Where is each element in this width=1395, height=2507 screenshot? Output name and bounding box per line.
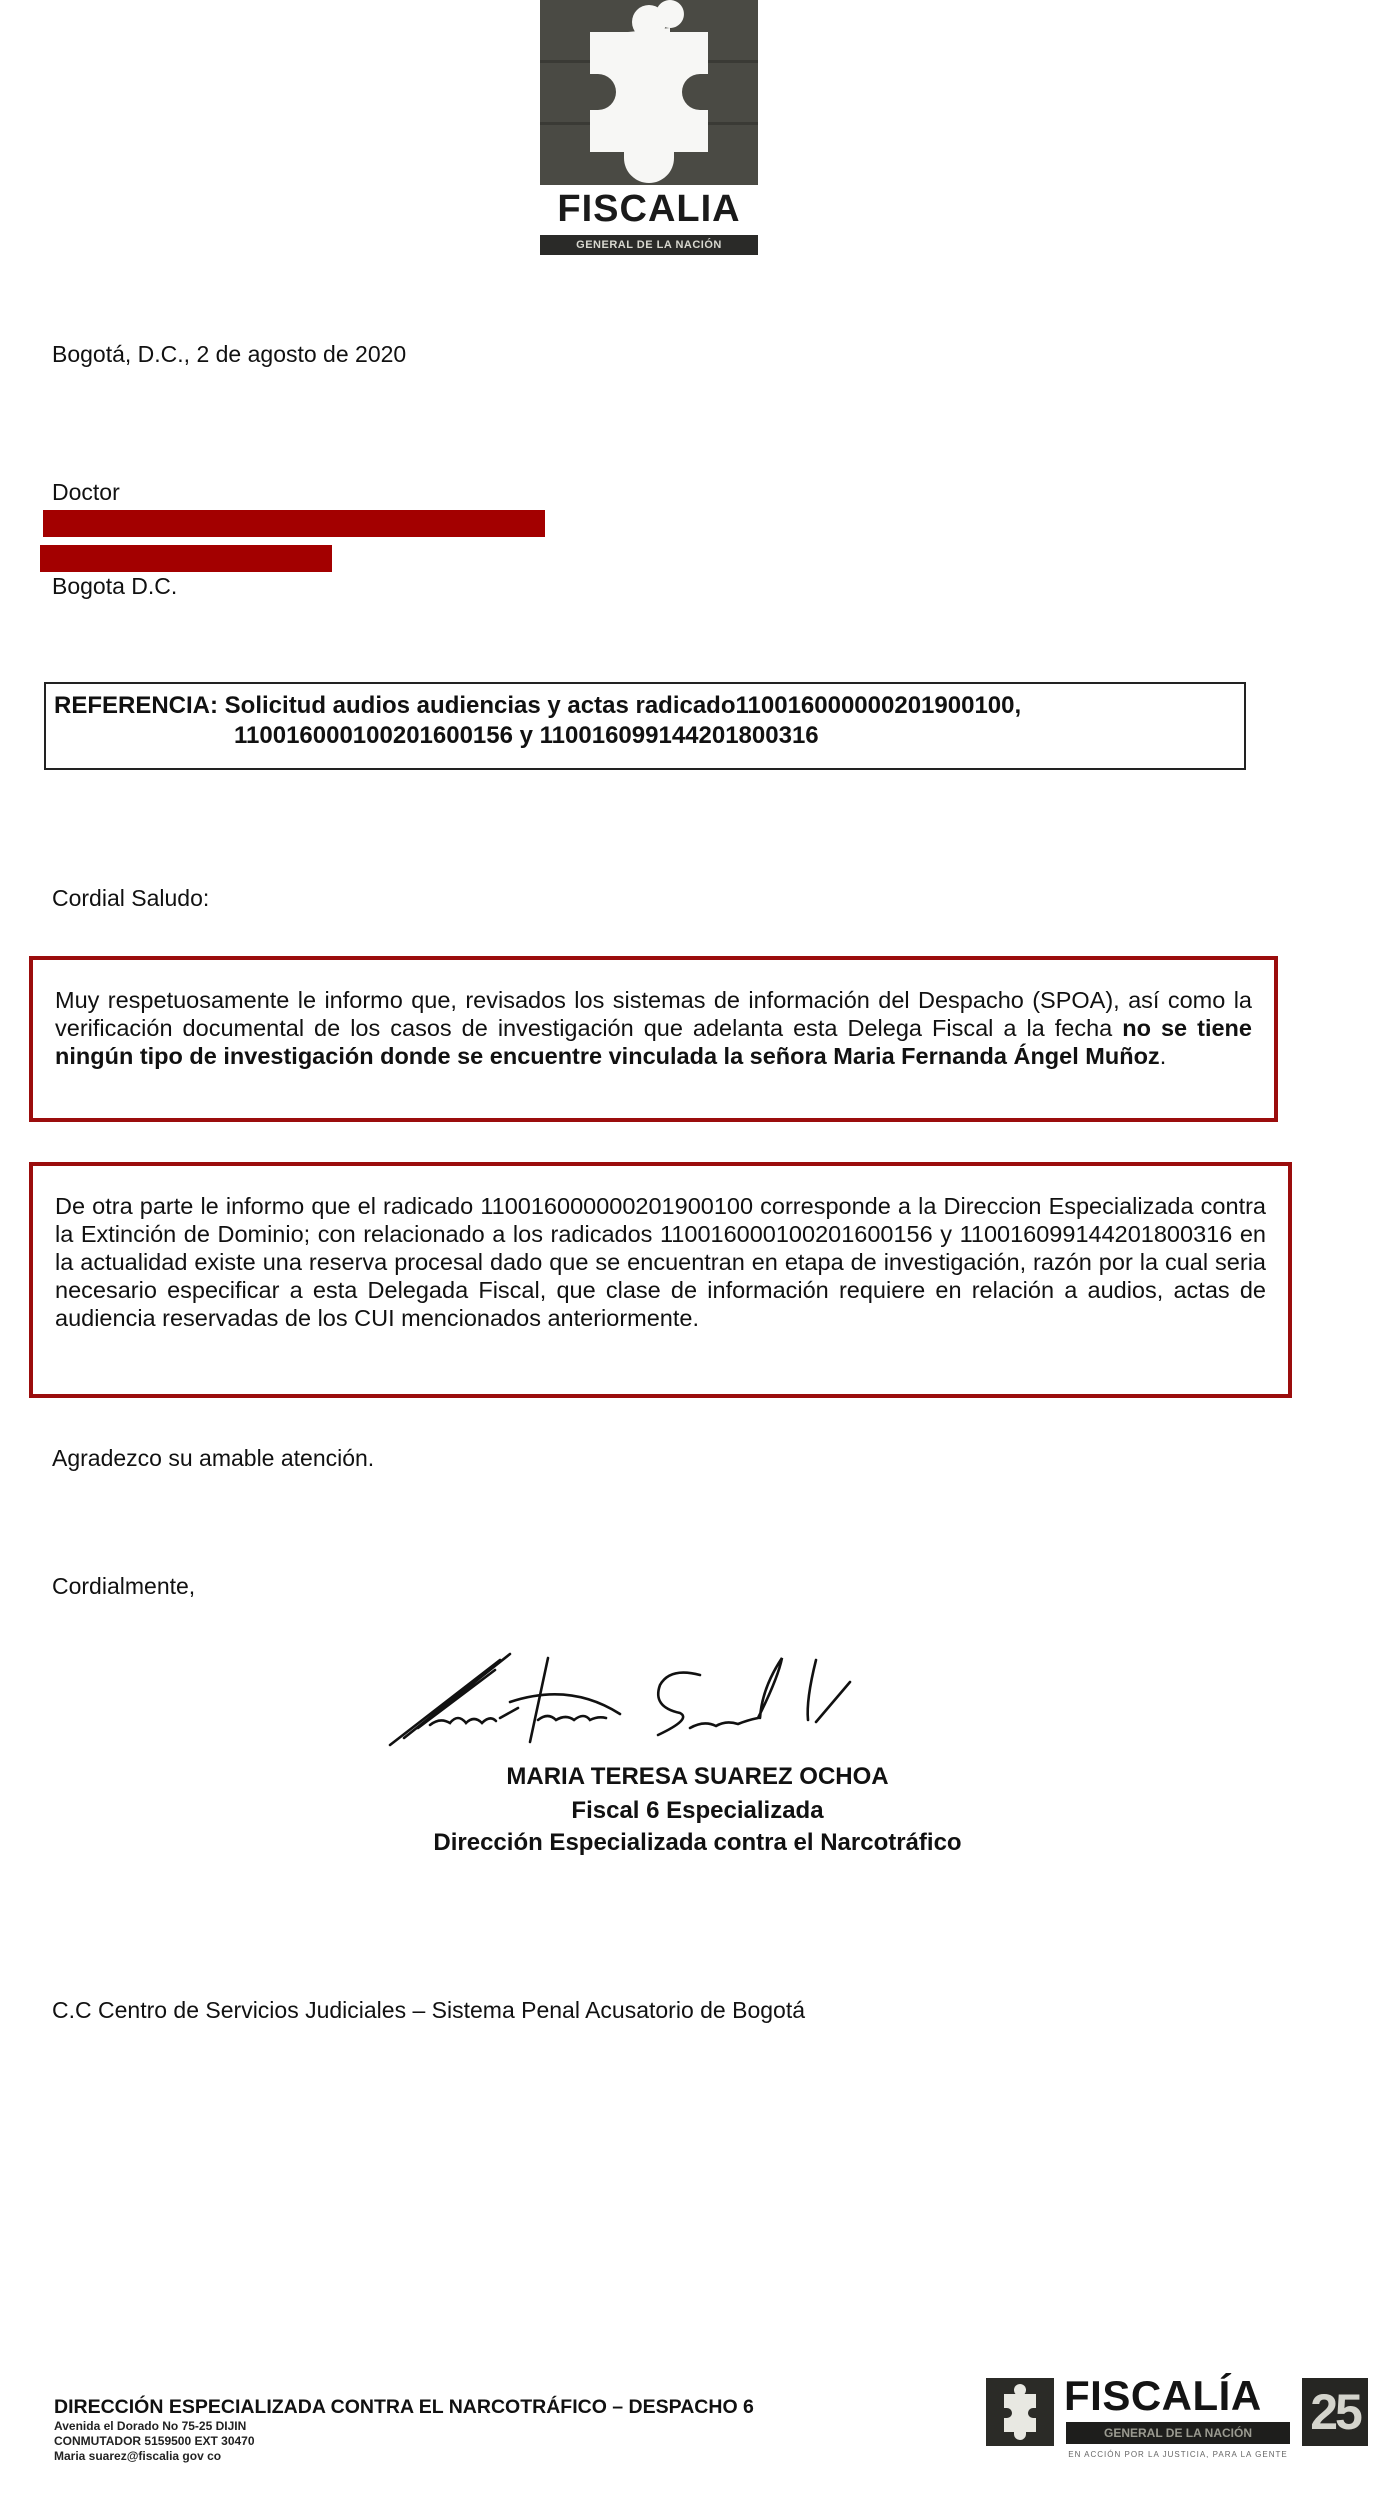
redacted-recipient-name [43, 510, 545, 537]
footer-fiscalia-logo: FISCALÍA GENERAL DE LA NACIÓN EN ACCIÓN … [986, 2372, 1376, 2462]
reference-box: REFERENCIA: Solicitud audios audiencias … [44, 682, 1246, 770]
footer-logo-tagline: EN ACCIÓN POR LA JUSTICIA, PARA LA GENTE [1066, 2450, 1290, 2459]
footer-email: Maria suarez@fiscalia gov co [54, 2449, 221, 2463]
signer-title: Fiscal 6 Especializada [0, 1797, 1395, 1825]
signer-name: MARIA TERESA SUAREZ OCHOA [0, 1763, 1395, 1791]
footer-logo-subtitle: GENERAL DE LA NACIÓN [1066, 2422, 1290, 2444]
recipient-title: Doctor [52, 478, 120, 507]
footer-address: Avenida el Dorado No 75-25 DIJIN [54, 2419, 246, 2433]
reference-line-1: REFERENCIA: Solicitud audios audiencias … [54, 692, 1021, 720]
fiscalia-logo: FISCALIA GENERAL DE LA NACIÓN [536, 0, 762, 258]
paragraph-2: De otra parte le informo que el radicado… [55, 1192, 1266, 1332]
paragraph-1: Muy respetuosamente le informo que, revi… [55, 986, 1252, 1070]
thanks-line: Agradezco su amable atención. [52, 1444, 374, 1473]
greeting: Cordial Saludo: [52, 884, 209, 913]
redacted-recipient-position [40, 545, 332, 572]
carbon-copy: C.C Centro de Servicios Judiciales – Sis… [52, 1997, 805, 2024]
letter-date: Bogotá, D.C., 2 de agosto de 2020 [52, 340, 406, 369]
footer-logo-wordmark: FISCALÍA [1064, 2372, 1262, 2420]
puzzle-piece-icon [986, 2378, 1054, 2446]
footer-office: DIRECCIÓN ESPECIALIZADA CONTRA EL NARCOT… [54, 2396, 754, 2419]
handwritten-signature [370, 1620, 930, 1760]
recipient-city: Bogota D.C. [52, 572, 177, 601]
highlighted-paragraph-1: Muy respetuosamente le informo que, revi… [29, 956, 1278, 1122]
reference-line-2: 110016000100201600156 y 1100160991442018… [234, 722, 819, 750]
logo-wordmark: FISCALIA [536, 188, 762, 231]
paragraph-1-end: . [1160, 1043, 1167, 1069]
logo-subtitle: GENERAL DE LA NACIÓN [540, 235, 758, 255]
paragraph-1-text: Muy respetuosamente le informo que, revi… [55, 987, 1252, 1041]
footer-phone: CONMUTADOR 5159500 EXT 30470 [54, 2434, 255, 2448]
anniversary-badge: 25 [1302, 2378, 1368, 2446]
signer-department: Dirección Especializada contra el Narcot… [0, 1829, 1395, 1857]
highlighted-paragraph-2: De otra parte le informo que el radicado… [29, 1162, 1292, 1398]
closing-line: Cordialmente, [52, 1572, 195, 1601]
puzzle-piece-icon [540, 0, 758, 185]
